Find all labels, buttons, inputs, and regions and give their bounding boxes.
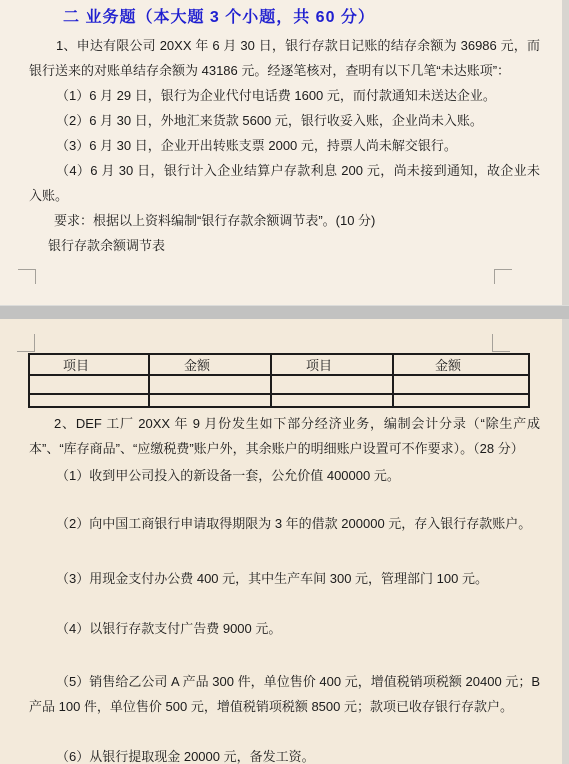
question-2-item-2: （2）向中国工商银行申请取得期限为 3 年的借款 200000 元，存入银行存款… bbox=[29, 511, 540, 536]
table-header-row: 项目 金额 项目 金额 bbox=[29, 354, 529, 375]
question-2-item-3: （3）用现金支付办公费 400 元，其中生产车间 300 元，管理部门 100 … bbox=[29, 566, 540, 591]
question-2-item-1: （1）收到甲公司投入的新设备一套，公允价值 400000 元。 bbox=[29, 463, 540, 488]
document-page-2: 项目 金额 项目 金额 2、DEF 工厂 20XX 年 9 月份发生如下部分经济… bbox=[0, 319, 562, 764]
text-boundary-mark-top-left bbox=[17, 334, 35, 352]
question-1-item-2: （2）6 月 30 日，外地汇来货款 5600 元，银行收妥入账，企业尚未入账。 bbox=[29, 108, 540, 133]
table-header-cell: 项目 bbox=[271, 354, 393, 375]
table-caption: 银行存款余额调节表 bbox=[29, 233, 540, 258]
page-break-gap bbox=[0, 305, 569, 319]
right-gutter bbox=[562, 0, 569, 764]
reconciliation-table: 项目 金额 项目 金额 bbox=[28, 353, 530, 408]
text-boundary-mark-bottom-left bbox=[18, 269, 36, 284]
table-header-cell: 金额 bbox=[149, 354, 271, 375]
document-page-1: 二 业务题（本大题 3 个小题，共 60 分） 1、申达有限公司 20XX 年 … bbox=[0, 0, 562, 305]
text-boundary-mark-top-right bbox=[492, 334, 510, 352]
question-2-item-4: （4）以银行存款支付广告费 9000 元。 bbox=[29, 616, 540, 641]
text-boundary-mark-bottom-right bbox=[494, 269, 512, 284]
table-empty-cell bbox=[271, 375, 393, 394]
question-2-intro: 2、DEF 工厂 20XX 年 9 月份发生如下部分经济业务，编制会计分录（“除… bbox=[29, 411, 540, 461]
question-1-item-3: （3）6 月 30 日，企业开出转账支票 2000 元，持票人尚未解交银行。 bbox=[29, 133, 540, 158]
table-empty-cell bbox=[29, 394, 149, 407]
question-1-item-1: （1）6 月 29 日，银行为企业代付电话费 1600 元，而付款通知未送达企业… bbox=[29, 83, 540, 108]
table-empty-cell bbox=[29, 375, 149, 394]
question-1-requirement: 要求：根据以上资料编制“银行存款余额调节表”。(10 分) bbox=[29, 208, 540, 233]
question-1-item-4: （4）6 月 30 日，银行计入企业结算户存款利息 200 元，尚未接到通知，故… bbox=[29, 158, 540, 208]
section-title: 二 业务题（本大题 3 个小题，共 60 分） bbox=[63, 7, 562, 28]
table-header-cell: 金额 bbox=[393, 354, 529, 375]
table-header-cell: 项目 bbox=[29, 354, 149, 375]
document-viewport: 二 业务题（本大题 3 个小题，共 60 分） 1、申达有限公司 20XX 年 … bbox=[0, 0, 569, 764]
table-row bbox=[29, 375, 529, 394]
question-2-item-6: （6）从银行提取现金 20000 元，备发工资。 bbox=[29, 744, 540, 764]
table-empty-cell bbox=[393, 394, 529, 407]
question-1-intro: 1、申达有限公司 20XX 年 6 月 30 日，银行存款日记账的结存余额为 3… bbox=[29, 33, 540, 83]
table-row bbox=[29, 394, 529, 407]
table-empty-cell bbox=[393, 375, 529, 394]
table-empty-cell bbox=[149, 375, 271, 394]
table-empty-cell bbox=[149, 394, 271, 407]
table-empty-cell bbox=[271, 394, 393, 407]
question-2-item-5: （5）销售给乙公司 A 产品 300 件，单位售价 400 元，增值税销项税额 … bbox=[29, 669, 540, 719]
